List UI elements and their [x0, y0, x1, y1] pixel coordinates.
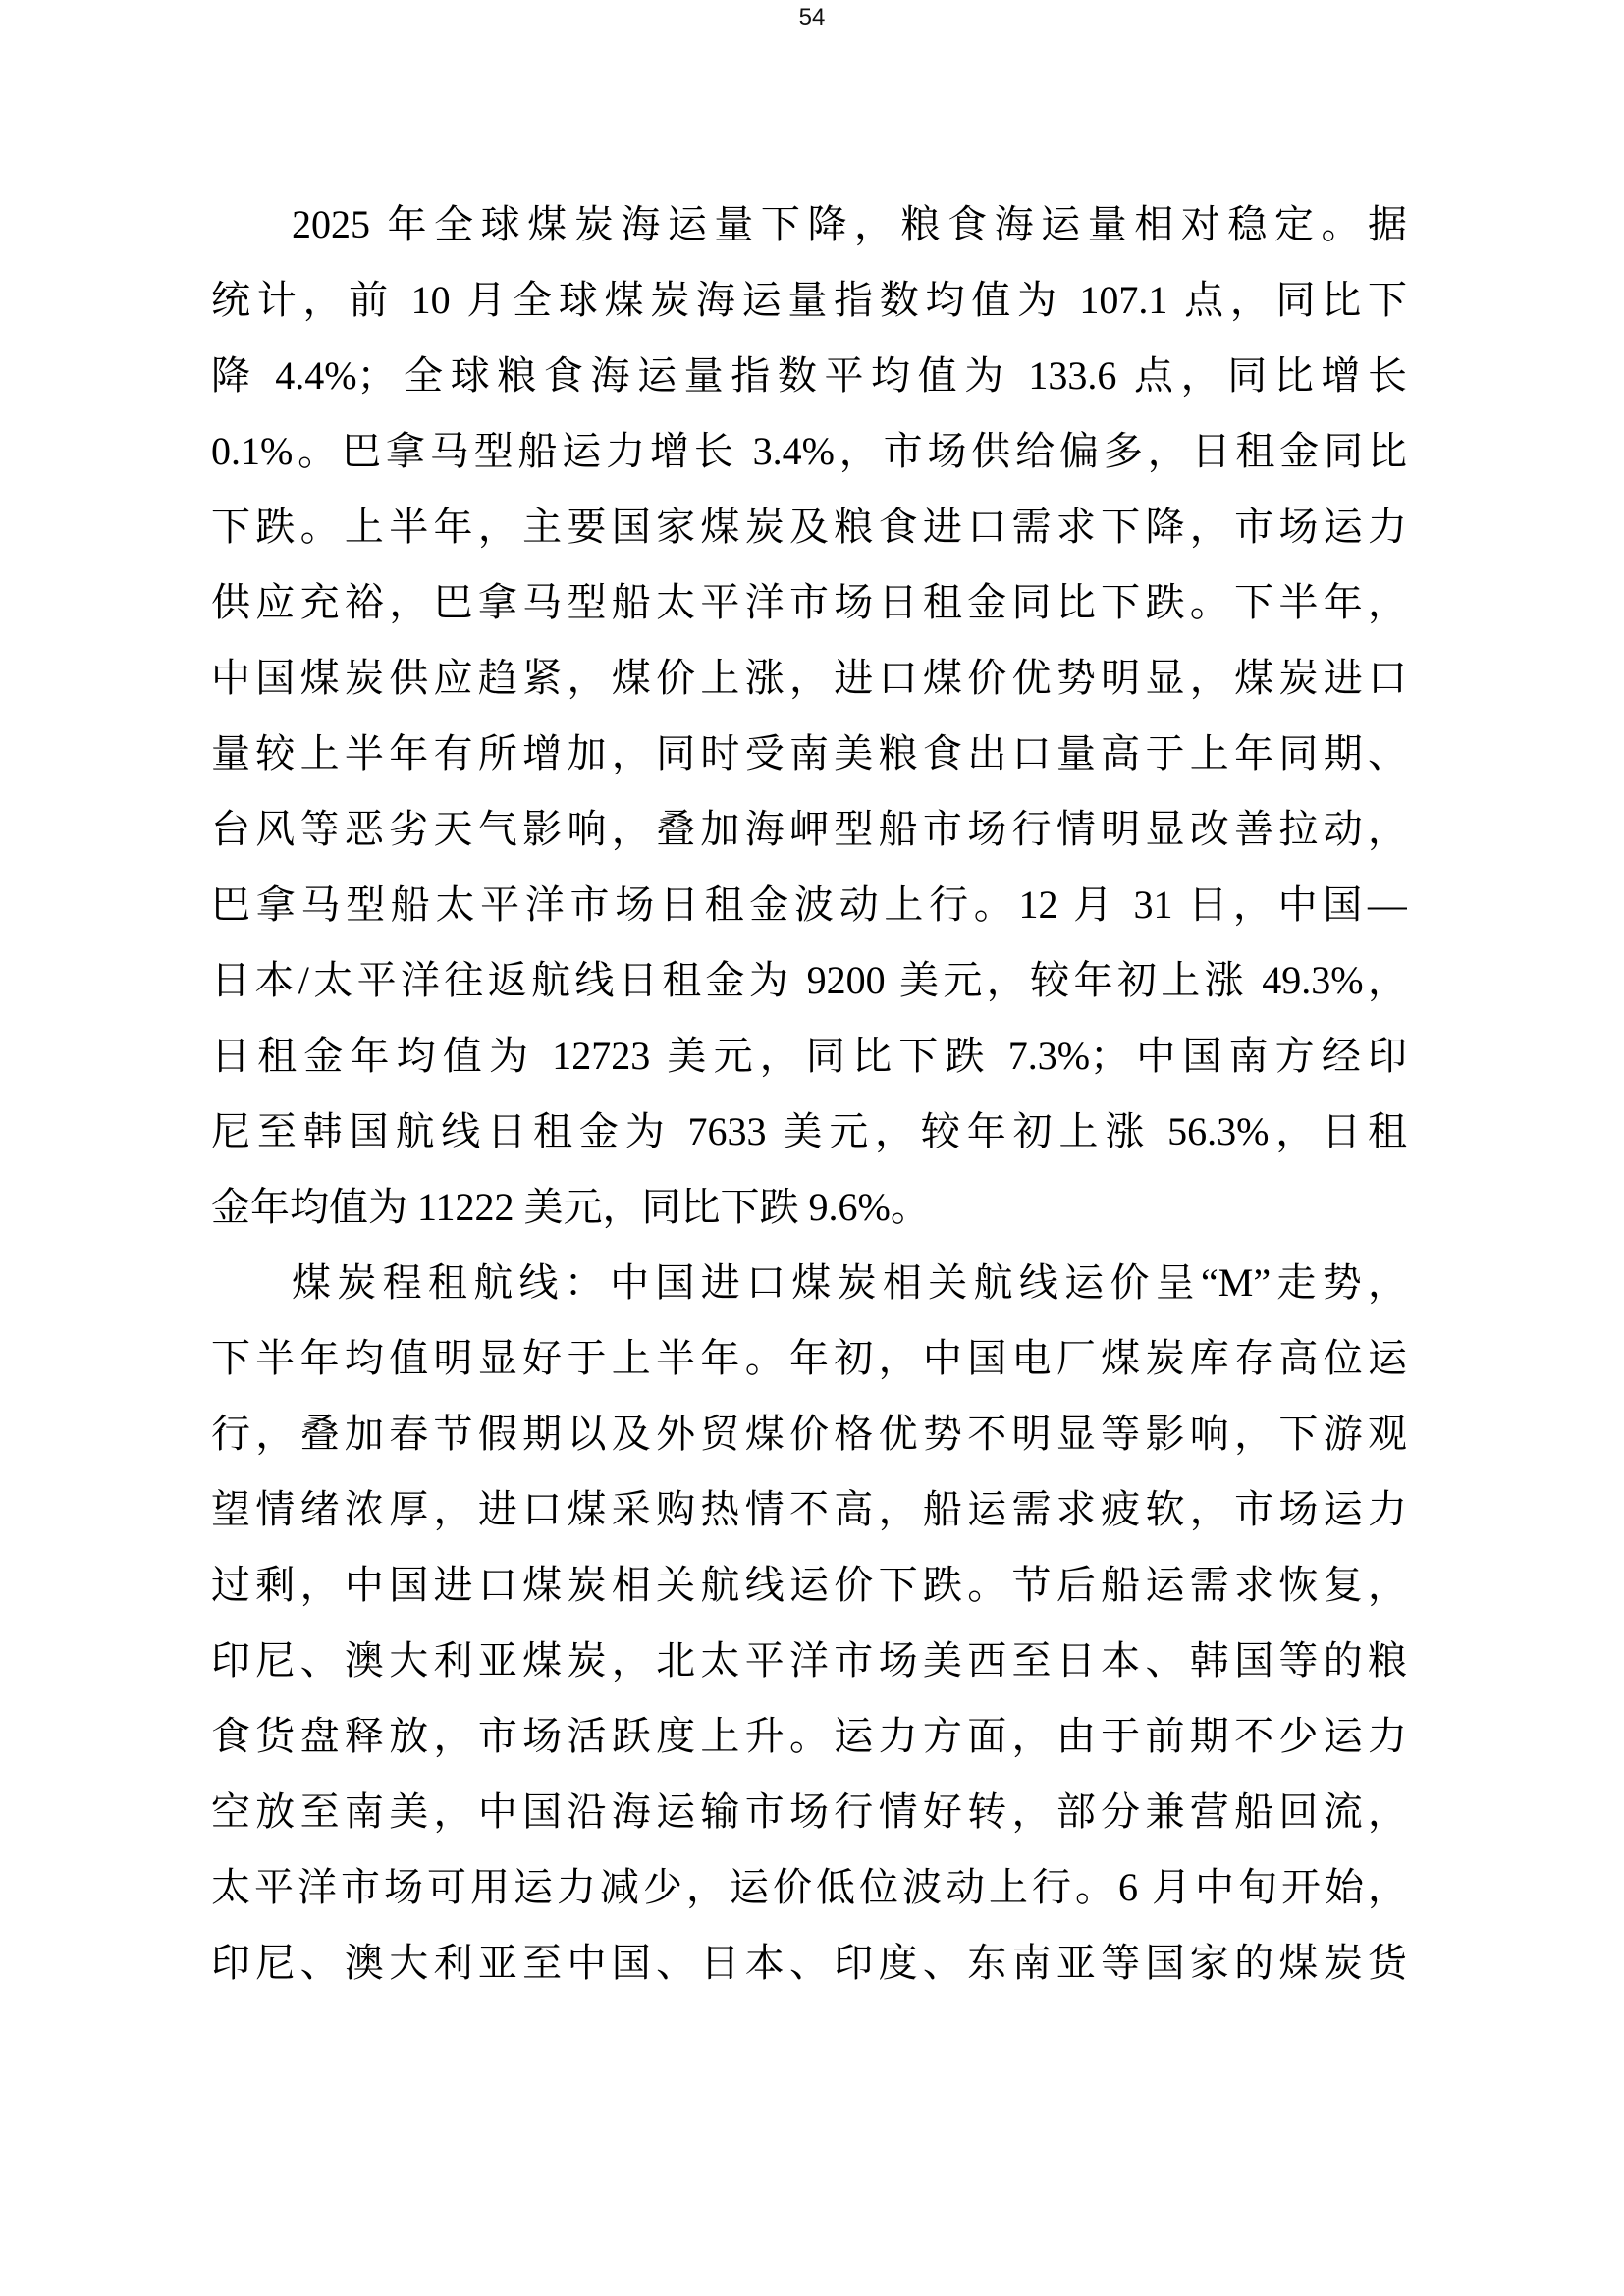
- text-line: 统计，前 10 月全球煤炭海运量指数均值为 107.1 点，同比下: [211, 262, 1407, 338]
- text-line: 日本/太平洋往返航线日租金为 9200 美元，较年初上涨 49.3%，: [211, 942, 1407, 1018]
- page-number: 54: [0, 4, 1624, 31]
- text-line: 供应充裕，巴拿马型船太平洋市场日租金同比下跌。下半年，: [211, 564, 1407, 640]
- paragraph: 2025 年全球煤炭海运量下降，粮食海运量相对稳定。据 统计，前 10 月全球煤…: [211, 187, 1407, 1245]
- document-body: 2025 年全球煤炭海运量下降，粮食海运量相对稳定。据 统计，前 10 月全球煤…: [211, 187, 1407, 2001]
- text-line: 中国煤炭供应趋紧，煤价上涨，进口煤价优势明显，煤炭进口: [211, 640, 1407, 716]
- text-line: 空放至南美，中国沿海运输市场行情好转，部分兼营船回流，: [211, 1774, 1407, 1849]
- paragraph: 煤炭程租航线：中国进口煤炭相关航线运价呈“M”走势， 下半年均值明显好于上半年。…: [211, 1245, 1407, 2001]
- text-line: 太平洋市场可用运力减少，运价低位波动上行。6 月中旬开始，: [211, 1849, 1407, 1925]
- text-line: 巴拿马型船太平洋市场日租金波动上行。12 月 31 日，中国—: [211, 867, 1407, 942]
- text-line: 印尼、澳大利亚至中国、日本、印度、东南亚等国家的煤炭货: [211, 1925, 1407, 2001]
- text-line: 下跌。上半年，主要国家煤炭及粮食进口需求下降，市场运力: [211, 489, 1407, 564]
- text-line: 台风等恶劣天气影响，叠加海岬型船市场行情明显改善拉动，: [211, 791, 1407, 867]
- text-line: 过剩，中国进口煤炭相关航线运价下跌。节后船运需求恢复，: [211, 1547, 1407, 1623]
- text-line: 金年均值为 11222 美元，同比下跌 9.6%。: [211, 1169, 1407, 1245]
- text-line: 行，叠加春节假期以及外贸煤价格优势不明显等影响，下游观: [211, 1396, 1407, 1471]
- text-line: 2025 年全球煤炭海运量下降，粮食海运量相对稳定。据: [211, 187, 1407, 262]
- text-line: 望情绪浓厚，进口煤采购热情不高，船运需求疲软，市场运力: [211, 1471, 1407, 1547]
- text-line: 食货盘释放，市场活跃度上升。运力方面，由于前期不少运力: [211, 1698, 1407, 1774]
- text-line: 降 4.4%；全球粮食海运量指数平均值为 133.6 点，同比增长: [211, 338, 1407, 413]
- text-line: 印尼、澳大利亚煤炭，北太平洋市场美西至日本、韩国等的粮: [211, 1623, 1407, 1698]
- text-line: 量较上半年有所增加，同时受南美粮食出口量高于上年同期、: [211, 716, 1407, 791]
- text-line: 0.1%。巴拿马型船运力增长 3.4%，市场供给偏多，日租金同比: [211, 413, 1407, 489]
- text-line: 日租金年均值为 12723 美元，同比下跌 7.3%；中国南方经印: [211, 1018, 1407, 1094]
- text-line: 下半年均值明显好于上半年。年初，中国电厂煤炭库存高位运: [211, 1320, 1407, 1396]
- text-line: 尼至韩国航线日租金为 7633 美元，较年初上涨 56.3%，日租: [211, 1094, 1407, 1169]
- text-line: 煤炭程租航线：中国进口煤炭相关航线运价呈“M”走势，: [211, 1245, 1407, 1320]
